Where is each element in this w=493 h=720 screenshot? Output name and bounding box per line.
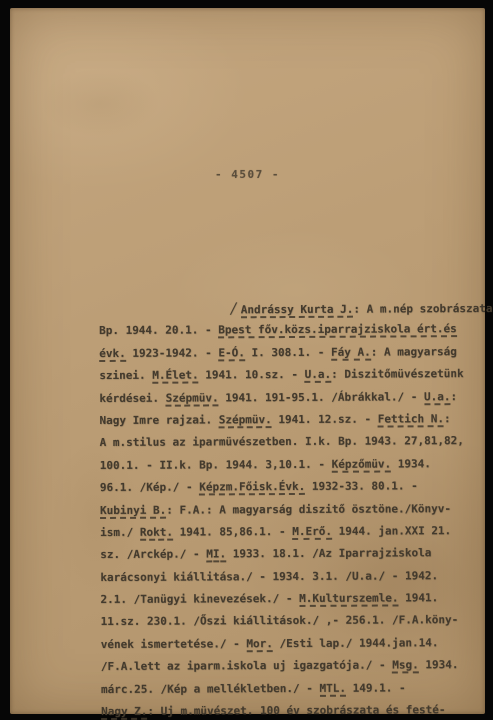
text-line: sz. /Arckép./ - MI. 1933. 18.1. /Az Ipar… — [100, 542, 485, 566]
text-line: A m.stilus az iparmüvészetben. I.k. Bp. … — [100, 430, 485, 454]
text-line: évk. 1923-1942. - E-Ó. I. 308.1. - Fáy A… — [99, 341, 484, 365]
pen-mark: / — [231, 299, 241, 317]
underlined-text: Msg. — [392, 659, 419, 674]
text-segment: kérdései. — [99, 391, 165, 404]
bibliography-text: / Andrássy Kurta J.: A m.nép szobrászata… — [99, 296, 486, 720]
text-segment: sz. /Arckép./ - — [100, 548, 206, 562]
underlined-text: évk. — [99, 347, 126, 362]
text-segment: vének ismertetése./ - — [101, 637, 247, 651]
text-segment: 2.1. /Tanügyi kinevezések./ - — [100, 592, 299, 606]
underlined-text: M.Erő. — [292, 525, 332, 540]
text-line: 100.1. - II.k. Bp. 1944. 3,10.1. - Képző… — [100, 453, 485, 477]
underlined-text: Képzőmüv. — [332, 457, 392, 472]
text-segment: : — [444, 412, 451, 425]
underlined-text: MI. — [206, 548, 226, 563]
text-line: márc.25. /Kép a mellékletben./ - MTL. 14… — [101, 677, 486, 701]
text-line: szinei. M.Élet. 1941. 10.sz. - U.a.: Dis… — [99, 363, 484, 387]
text-segment: : Uj m.müvészet. 100 év szobrászata és f… — [147, 703, 445, 718]
scanned-page: - 4507 - / Andrássy Kurta J.: A m.nép sz… — [10, 8, 485, 714]
text-segment: 100.1. - II.k. Bp. 1944. 3,10.1. - — [100, 458, 332, 472]
text-segment: Nagy Imre rajzai. — [99, 413, 218, 427]
text-segment: 96.1. /Kép./ - — [100, 481, 199, 495]
text-segment: ism./ — [100, 526, 140, 539]
text-segment: 1941. 12.sz. - — [272, 413, 378, 427]
text-segment: : A m.nép szobrászata. — [353, 302, 493, 316]
underlined-text: Képzm.Főisk.Évk. — [199, 480, 305, 496]
text-segment: 149.1. - — [346, 681, 406, 694]
text-segment: 1944. jan.XXI 21. — [332, 524, 451, 538]
underlined-text: Fáy A. — [331, 345, 371, 360]
text-segment: I. 308.1. - — [245, 346, 331, 359]
underlined-text: Rokt. — [140, 526, 173, 541]
text-line: Bp. 1944. 20.1. - Bpest főv.közs.iparraj… — [99, 318, 484, 342]
text-segment: szinei. — [99, 369, 152, 382]
underlined-text: Kubinyi B. — [100, 503, 166, 518]
underlined-text: Szépmüv. — [219, 413, 272, 428]
text-segment: Bp. 1944. 20.1. - — [99, 324, 218, 338]
text-line: kérdései. Szépmüv. 1941. 191-95.1. /Ábrá… — [99, 386, 484, 410]
text-line: 2.1. /Tanügyi kinevezések./ - M.Kultursz… — [100, 587, 485, 611]
text-segment: 1941. 191-95.1. /Ábrákkal./ - — [219, 390, 424, 404]
page-number: - 4507 - — [10, 168, 485, 181]
underlined-text: Szépmüv. — [166, 391, 219, 406]
text-segment: 1934. — [419, 658, 459, 671]
text-segment: 1934. — [391, 457, 431, 470]
text-segment: 1923-1942. - — [126, 346, 219, 359]
underlined-text: Nagy Z. — [101, 705, 147, 720]
text-line: karácsonyi kiállitása./ - 1934. 3.1. /U.… — [100, 565, 485, 589]
text-line: 11.sz. 230.1. /Őszi kiállitások./ ,- 256… — [101, 609, 486, 633]
text-line: /F.A.lett az iparm.iskola uj igazgatója.… — [101, 654, 486, 678]
text-line: Nagy Imre rajzai. Szépmüv. 1941. 12.sz. … — [99, 408, 484, 432]
text-segment: : A magyarság — [371, 345, 457, 358]
text-segment: : F.A.: A magyarság diszitő ösztöne./Kön… — [166, 502, 451, 516]
underlined-text: M.Élet. — [152, 369, 198, 384]
text-segment: /Esti lap./ 1944.jan.14. — [273, 636, 439, 650]
text-segment: : Diszitőmüvészetünk — [331, 367, 464, 381]
underlined-text: Fettich N. — [378, 412, 444, 427]
underlined-text: Bpest főv.közs.iparrajziskola ért.és — [218, 323, 456, 339]
underlined-text: Andrássy Kurta J. — [241, 303, 354, 319]
text-segment: 1941. — [398, 591, 438, 604]
text-line: Nagy Z.: Uj m.müvészet. 100 év szobrásza… — [101, 699, 486, 720]
underlined-text: MTL. — [319, 681, 346, 696]
text-line: vének ismertetése./ - Mor. /Esti lap./ 1… — [101, 632, 486, 656]
text-segment: : — [450, 390, 457, 403]
paper-stain — [40, 68, 160, 138]
underlined-text: E-Ó. — [218, 346, 245, 361]
text-segment: 11.sz. 230.1. /Őszi kiállitások./ ,- 256… — [101, 614, 459, 629]
underlined-text: Mor. — [246, 637, 273, 652]
text-line: 96.1. /Kép./ - Képzm.Főisk.Évk. 1932-33.… — [100, 475, 485, 499]
text-segment: 1933. 18.1. /Az Iparrajziskola — [226, 547, 431, 561]
underlined-text: U.a. — [305, 368, 332, 383]
text-segment: /F.A.lett az iparm.iskola uj igazgatója.… — [101, 659, 392, 674]
text-segment: márc.25. /Kép a mellékletben./ - — [101, 682, 320, 696]
text-line: / Andrássy Kurta J.: A m.nép szobrászata… — [99, 296, 484, 320]
underlined-text: U.a. — [424, 390, 451, 405]
text-segment: 1941. 10.sz. - — [199, 368, 305, 382]
text-segment: A m.stilus az iparmüvészetben. I.k. Bp. … — [100, 434, 464, 449]
text-segment: 1932-33. 80.1. - — [305, 479, 418, 493]
text-segment: 1941. 85,86.1. - — [173, 525, 292, 539]
text-line: Kubinyi B.: F.A.: A magyarság diszitő ös… — [100, 498, 485, 522]
text-segment: karácsonyi kiállitása./ - 1934. 3.1. /U.… — [100, 569, 438, 584]
underlined-text: M.Kulturszemle. — [299, 592, 398, 608]
text-line: ism./ Rokt. 1941. 85,86.1. - M.Erő. 1944… — [100, 520, 485, 544]
